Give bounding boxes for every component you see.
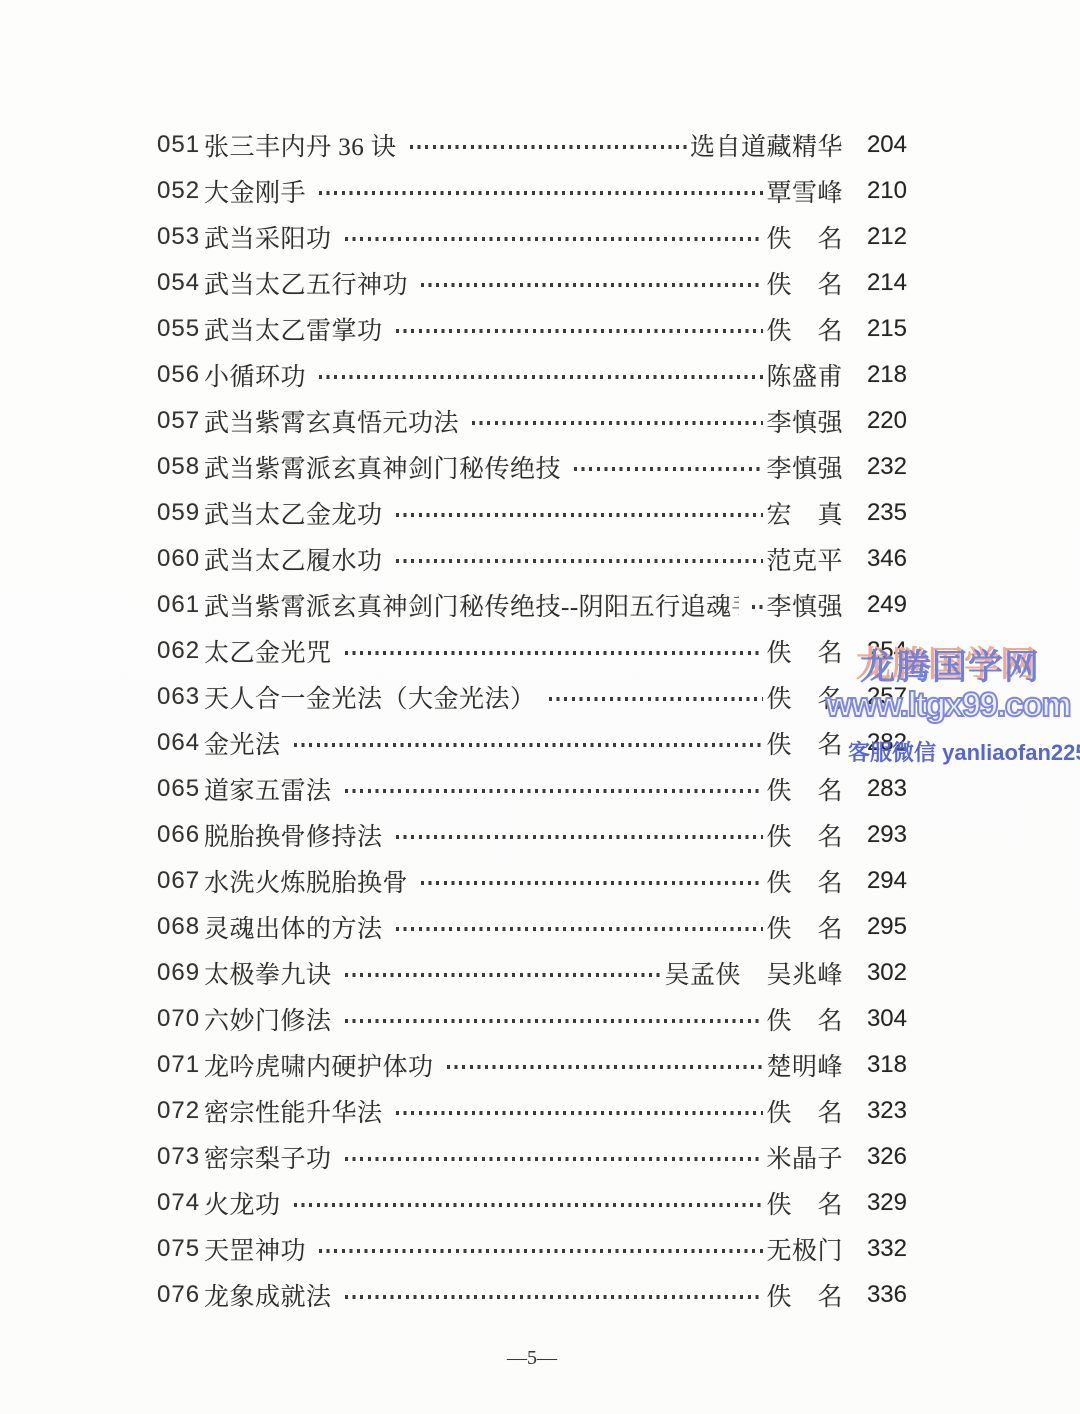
- entry-page: 336: [843, 1281, 907, 1309]
- toc-entry: 067 水洗火炼脱胎换骨 佚 名 294: [157, 858, 907, 904]
- entry-author: 佚 名: [766, 1001, 843, 1037]
- entry-page: 294: [843, 867, 907, 895]
- toc-entry: 072 密宗性能升华法 佚 名 323: [157, 1088, 907, 1134]
- toc-entry: 061 武当紫霄派玄真神剑门秘传绝技--阴阳五行追魂手 李慎强 249: [157, 582, 907, 628]
- toc-entry: 066 脱胎换骨修持法 佚 名 293: [157, 812, 907, 858]
- entry-number: 075: [157, 1235, 204, 1263]
- page-number-footer: —5—: [157, 1347, 907, 1370]
- entry-page: 332: [843, 1235, 907, 1263]
- entry-title: 武当太乙雷掌功: [204, 311, 383, 347]
- dot-leader: [294, 1203, 764, 1207]
- entry-number: 073: [157, 1143, 204, 1171]
- entry-number: 054: [157, 269, 204, 297]
- entry-author: 佚 名: [766, 725, 843, 761]
- dot-leader: [421, 283, 763, 287]
- entry-author: 楚明峰: [766, 1047, 843, 1083]
- entry-page: 326: [843, 1143, 907, 1171]
- entry-number: 058: [157, 453, 204, 481]
- entry-author: 佚 名: [766, 771, 843, 807]
- toc-entry: 056 小循环功 陈盛甫 218: [157, 352, 907, 398]
- entry-page: 212: [843, 223, 907, 251]
- dot-leader: [752, 605, 764, 609]
- entry-page: 218: [843, 361, 907, 389]
- dot-leader: [345, 1157, 764, 1161]
- entry-page: 282: [843, 729, 907, 757]
- toc-entry: 065 道家五雷法 佚 名 283: [157, 766, 907, 812]
- entry-page: 204: [843, 131, 907, 159]
- entry-number: 061: [157, 591, 204, 619]
- entry-number: 065: [157, 775, 204, 803]
- entry-number: 063: [157, 683, 204, 711]
- dot-leader: [549, 697, 764, 701]
- dot-leader: [396, 513, 764, 517]
- dot-leader: [396, 835, 764, 839]
- entry-page: 323: [843, 1097, 907, 1125]
- entry-number: 071: [157, 1051, 204, 1079]
- entry-number: 052: [157, 177, 204, 205]
- toc-entry: 070 六妙门修法 佚 名 304: [157, 996, 907, 1042]
- entry-author: 范克平: [766, 541, 843, 577]
- entry-title: 金光法: [204, 725, 281, 761]
- entry-author: 佚 名: [766, 679, 843, 715]
- toc-entry: 052 大金刚手 覃雪峰 210: [157, 168, 907, 214]
- dot-leader: [472, 421, 763, 425]
- entry-title: 龙象成就法: [204, 1277, 332, 1313]
- entry-number: 053: [157, 223, 204, 251]
- toc-entry: 069 太极拳九诀 吴孟侠 吴兆峰 302: [157, 950, 907, 996]
- dot-leader: [574, 467, 763, 471]
- entry-number: 056: [157, 361, 204, 389]
- entry-title: 火龙功: [204, 1185, 281, 1221]
- entry-title: 密宗梨子功: [204, 1139, 332, 1175]
- entry-title: 天人合一金光法（大金光法）: [204, 679, 536, 715]
- scanned-page: 051 张三丰内丹 36 诀 选自道藏精华 204 052 大金刚手 覃雪峰 2…: [0, 0, 1080, 1414]
- entry-number: 062: [157, 637, 204, 665]
- dot-leader: [410, 145, 687, 149]
- dot-leader: [421, 881, 763, 885]
- dot-leader: [396, 1111, 764, 1115]
- entry-title: 武当太乙金龙功: [204, 495, 383, 531]
- entry-number: 076: [157, 1281, 204, 1309]
- toc-entry: 062 太乙金光咒 佚 名 254: [157, 628, 907, 674]
- toc-entry: 058 武当紫霄派玄真神剑门秘传绝技 李慎强 232: [157, 444, 907, 490]
- entry-number: 051: [157, 131, 204, 159]
- dot-leader: [319, 375, 763, 379]
- entry-title: 武当太乙履水功: [204, 541, 383, 577]
- dot-leader: [319, 1249, 763, 1253]
- entry-number: 060: [157, 545, 204, 573]
- entry-author: 宏 真: [766, 495, 843, 531]
- entry-author: 李慎强: [766, 403, 843, 439]
- dot-leader: [345, 1295, 764, 1299]
- entry-title: 龙吟虎啸内硬护体功: [204, 1047, 434, 1083]
- toc-entry: 068 灵魂出体的方法 佚 名 295: [157, 904, 907, 950]
- entry-author: 李慎强: [766, 449, 843, 485]
- dot-leader: [345, 789, 764, 793]
- entry-page: 215: [843, 315, 907, 343]
- dot-leader: [396, 927, 764, 931]
- entry-author: 佚 名: [766, 633, 843, 669]
- entry-author: 佚 名: [766, 1093, 843, 1129]
- entry-number: 068: [157, 913, 204, 941]
- toc-entry: 053 武当采阳功 佚 名 212: [157, 214, 907, 260]
- toc-entry: 064 金光法 佚 名 282: [157, 720, 907, 766]
- entry-page: 329: [843, 1189, 907, 1217]
- toc-list: 051 张三丰内丹 36 诀 选自道藏精华 204 052 大金刚手 覃雪峰 2…: [157, 122, 907, 1318]
- entry-number: 059: [157, 499, 204, 527]
- entry-author: 李慎强: [766, 587, 843, 623]
- toc-entry: 055 武当太乙雷掌功 佚 名 215: [157, 306, 907, 352]
- entry-page: 346: [843, 545, 907, 573]
- entry-title: 水洗火炼脱胎换骨: [204, 863, 408, 899]
- entry-number: 064: [157, 729, 204, 757]
- entry-page: 304: [843, 1005, 907, 1033]
- entry-author: 佚 名: [766, 1277, 843, 1313]
- entry-page: 235: [843, 499, 907, 527]
- toc-entry: 073 密宗梨子功 米晶子 326: [157, 1134, 907, 1180]
- entry-title: 小循环功: [204, 357, 306, 393]
- entry-author: 佚 名: [766, 265, 843, 301]
- dot-leader: [447, 1065, 764, 1069]
- entry-author: 米晶子: [766, 1139, 843, 1175]
- entry-page: 214: [843, 269, 907, 297]
- dot-leader: [345, 237, 764, 241]
- entry-page: 210: [843, 177, 907, 205]
- entry-author: 吴孟侠 吴兆峰: [664, 955, 843, 991]
- entry-number: 072: [157, 1097, 204, 1125]
- entry-title: 张三丰内丹 36 诀: [204, 127, 397, 163]
- entry-title: 六妙门修法: [204, 1001, 332, 1037]
- toc-entry: 063 天人合一金光法（大金光法） 佚 名 257: [157, 674, 907, 720]
- entry-title: 道家五雷法: [204, 771, 332, 807]
- entry-author: 佚 名: [766, 817, 843, 853]
- entry-page: 232: [843, 453, 907, 481]
- entry-author: 佚 名: [766, 219, 843, 255]
- entry-title: 密宗性能升华法: [204, 1093, 383, 1129]
- entry-number: 070: [157, 1005, 204, 1033]
- toc-entry: 051 张三丰内丹 36 诀 选自道藏精华 204: [157, 122, 907, 168]
- entry-number: 057: [157, 407, 204, 435]
- entry-number: 055: [157, 315, 204, 343]
- entry-title: 武当紫霄玄真悟元功法: [204, 403, 459, 439]
- entry-author: 佚 名: [766, 863, 843, 899]
- toc-entry: 075 天罡神功 无极门 332: [157, 1226, 907, 1272]
- entry-number: 074: [157, 1189, 204, 1217]
- toc-entry: 060 武当太乙履水功 范克平 346: [157, 536, 907, 582]
- toc-entry: 071 龙吟虎啸内硬护体功 楚明峰 318: [157, 1042, 907, 1088]
- entry-title: 武当紫霄派玄真神剑门秘传绝技: [204, 449, 561, 485]
- dot-leader: [345, 1019, 764, 1023]
- entry-title: 大金刚手: [204, 173, 306, 209]
- entry-title: 脱胎换骨修持法: [204, 817, 383, 853]
- entry-title: 武当太乙五行神功: [204, 265, 408, 301]
- entry-title: 武当紫霄派玄真神剑门秘传绝技--阴阳五行追魂手: [204, 587, 739, 623]
- entry-author: 佚 名: [766, 311, 843, 347]
- entry-page: 254: [843, 637, 907, 665]
- entry-author: 选自道藏精华: [690, 127, 843, 163]
- entry-page: 257: [843, 683, 907, 711]
- entry-page: 293: [843, 821, 907, 849]
- entry-page: 302: [843, 959, 907, 987]
- entry-page: 283: [843, 775, 907, 803]
- entry-page: 249: [843, 591, 907, 619]
- dot-leader: [319, 191, 763, 195]
- dot-leader: [294, 743, 764, 747]
- entry-number: 067: [157, 867, 204, 895]
- entry-page: 318: [843, 1051, 907, 1079]
- dot-leader: [396, 329, 764, 333]
- toc-entry: 059 武当太乙金龙功 宏 真 235: [157, 490, 907, 536]
- entry-author: 佚 名: [766, 1185, 843, 1221]
- entry-number: 069: [157, 959, 204, 987]
- entry-page: 220: [843, 407, 907, 435]
- dot-leader: [345, 973, 662, 977]
- entry-title: 武当采阳功: [204, 219, 332, 255]
- entry-author: 覃雪峰: [766, 173, 843, 209]
- entry-title: 天罡神功: [204, 1231, 306, 1267]
- toc-entry: 054 武当太乙五行神功 佚 名 214: [157, 260, 907, 306]
- dot-leader: [396, 559, 764, 563]
- dot-leader: [345, 651, 764, 655]
- entry-author: 陈盛甫: [766, 357, 843, 393]
- toc-entry: 076 龙象成就法 佚 名 336: [157, 1272, 907, 1318]
- entry-title: 灵魂出体的方法: [204, 909, 383, 945]
- entry-title: 太极拳九诀: [204, 955, 332, 991]
- toc-entry: 074 火龙功 佚 名 329: [157, 1180, 907, 1226]
- entry-number: 066: [157, 821, 204, 849]
- toc-entry: 057 武当紫霄玄真悟元功法 李慎强 220: [157, 398, 907, 444]
- entry-page: 295: [843, 913, 907, 941]
- entry-title: 太乙金光咒: [204, 633, 332, 669]
- entry-author: 无极门: [766, 1231, 843, 1267]
- entry-author: 佚 名: [766, 909, 843, 945]
